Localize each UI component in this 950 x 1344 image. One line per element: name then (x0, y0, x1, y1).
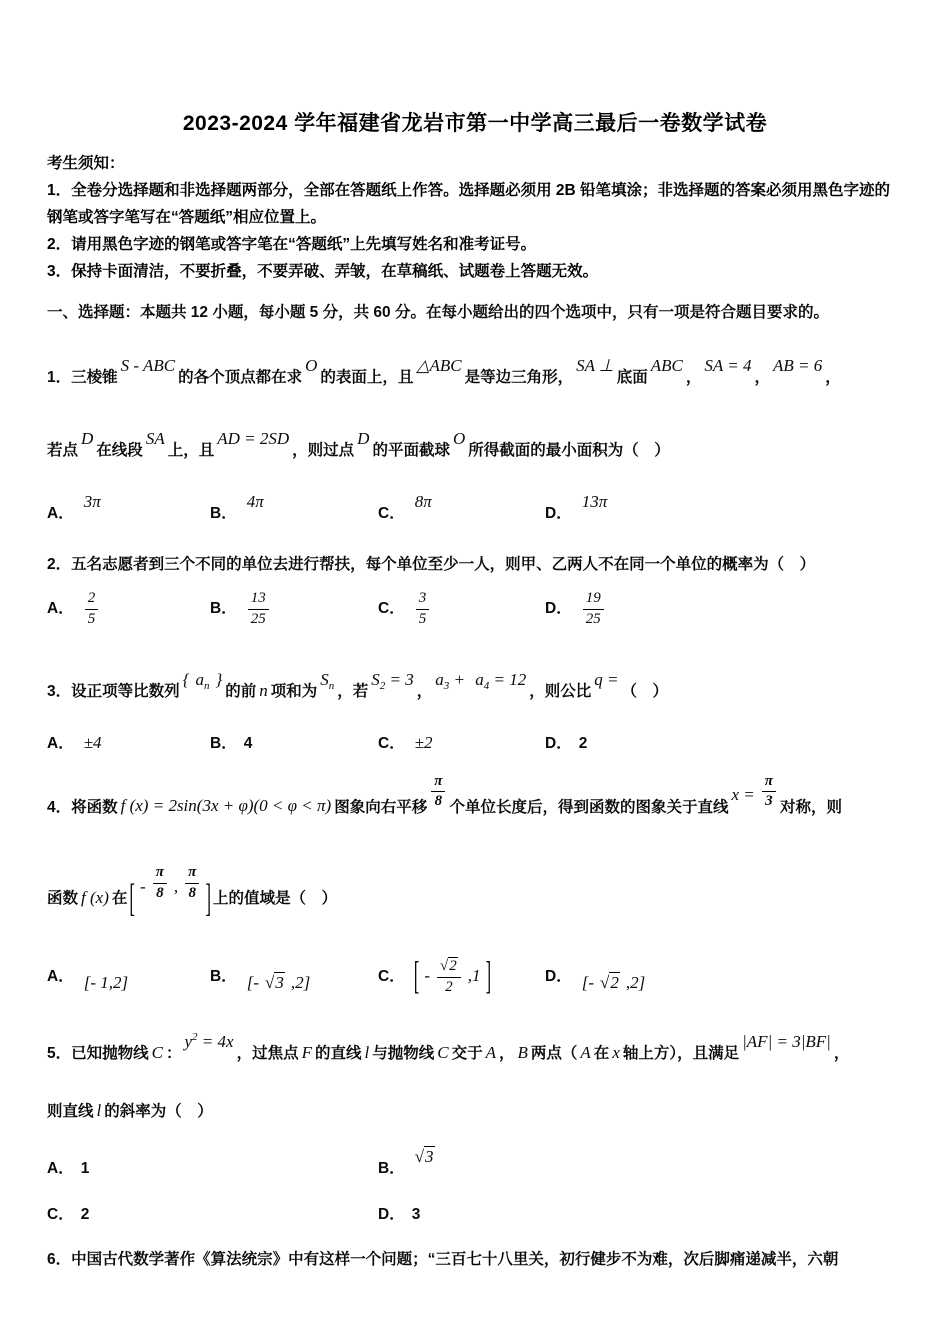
question-4: 4．将函数f (x) = 2sin(3x + φ)(0 < φ < π)图象向右… (47, 773, 903, 996)
math-run: S2 = 3 (368, 670, 416, 689)
option-d: D．2 (545, 731, 903, 753)
question-4-line-2: 函数f (x)在[-π8,π8]上的值域是（ ） (47, 864, 903, 914)
option-label: C． (378, 735, 405, 752)
option-label: B． (210, 600, 237, 617)
fraction: π8 (149, 864, 171, 902)
big-bracket: ] (486, 954, 492, 1000)
math-run: D (354, 429, 372, 448)
text-run: 2 (81, 1206, 90, 1223)
text-run: 2．五名志愿者到三个不同的单位去进行帮扶，每个单位至少一人，则甲、乙两人不在同一… (47, 556, 815, 573)
big-bracket: ] (205, 863, 211, 934)
math-run: AD = 2SD (214, 429, 292, 448)
math-run: 8π (412, 492, 435, 511)
question-1-line-1: 1．三棱锥S - ABC的各个顶点都在求O的表面上，且△ABC是等边三角形，SA… (47, 350, 903, 393)
option-label: B． (210, 505, 237, 522)
option-b: B．[-√3,2] (210, 964, 378, 993)
math-run: a4 = 12 (472, 670, 529, 689)
text-run: ，若 (337, 683, 368, 700)
text-run: 上，且 (168, 442, 215, 459)
question-6-line-1: 6．中国古代数学著作《算法统宗》中有这样一个问题；“三百七十八里关，初行健步不为… (47, 1244, 903, 1275)
math-run: ABC (648, 356, 686, 375)
option-b: B．4π (210, 492, 378, 523)
option-label: A． (47, 968, 74, 985)
text-run: 6．中国古代数学著作《算法统宗》中有这样一个问题；“三百七十八里关，初行健步不为… (47, 1251, 838, 1268)
fraction: 25 (81, 590, 103, 628)
math-run: n (256, 681, 271, 700)
notice-item-3: 3．保持卡面清洁，不要折叠，不要弄破、弄皱，在草稿纸、试题卷上答题无效。 (47, 258, 903, 285)
math-run: [- (244, 973, 262, 992)
fraction: 35 (412, 590, 434, 628)
math-run: { (180, 670, 193, 689)
question-5-options: A．1B．√3C．2D．3 (47, 1147, 903, 1224)
option-d: D．1925 (545, 590, 903, 628)
option-c: C．[-√22,1] (378, 958, 545, 996)
text-run: ， (754, 369, 770, 386)
text-run: 图象向右平移 (334, 798, 427, 815)
math-run: - (137, 877, 149, 896)
math-run: l (361, 1043, 372, 1062)
exam-title: 2023-2024 学年福建省龙岩市第一中学高三最后一卷数学试卷 (47, 0, 903, 137)
math-run: ±4 (81, 733, 105, 752)
text-run: 的各个顶点都在求 (178, 369, 302, 386)
math-run: , (171, 877, 181, 896)
math-run: l (94, 1101, 105, 1120)
text-run: 5．已知抛物线 (47, 1045, 149, 1062)
text-run: 4 (244, 735, 253, 752)
fraction: 1925 (579, 590, 608, 628)
math-run: SA ⊥ (573, 356, 617, 375)
text-run: 是等边三角形， (465, 369, 574, 386)
math-run: f (x) (78, 888, 112, 907)
sqrt-expression: √2 (597, 973, 623, 992)
option-c: C．8π (378, 492, 545, 523)
text-run: ， (686, 369, 702, 386)
text-run: 对称，则 (780, 798, 842, 815)
option-d: D．13π (545, 492, 903, 523)
text-run: 4．将函数 (47, 798, 118, 815)
notice-item-1: 1．全卷分选择题和非选择题两部分，全部在答题纸上作答。选择题必须用 2B 铅笔填… (47, 177, 903, 231)
math-run: A (577, 1043, 593, 1062)
math-run: D (78, 429, 96, 448)
text-run: 若点 (47, 442, 78, 459)
option-label: A． (47, 1160, 74, 1177)
sqrt-expression: √3 (412, 1147, 438, 1166)
option-label: D． (545, 600, 572, 617)
question-2-options: A．25B．1325C．35D．1925 (47, 590, 903, 628)
math-run: A (483, 1043, 499, 1062)
math-run: f (x) = 2sin(3x + φ)(0 < φ < π) (118, 796, 335, 815)
question-1-options: A．3πB．4πC．8πD．13π (47, 492, 903, 523)
option-label: D． (545, 968, 572, 985)
math-run: F (299, 1043, 315, 1062)
option-b: B．4 (210, 731, 378, 753)
section-1-heading: 一、选择题：本题共 12 小题，每小题 5 分，共 60 分。在每小题给出的四个… (47, 299, 903, 326)
text-run: ， (825, 369, 841, 386)
text-run: （ ） (622, 683, 669, 700)
math-run: ±2 (412, 733, 436, 752)
math-run: x = (728, 785, 757, 804)
question-6: 6．中国古代数学著作《算法统宗》中有这样一个问题；“三百七十八里关，初行健步不为… (47, 1244, 903, 1275)
text-run: 在 (112, 890, 128, 907)
text-run: ， (417, 683, 433, 700)
math-run: ,2] (288, 973, 313, 992)
math-run: y2 = 4x (181, 1032, 236, 1051)
option-label: A． (47, 600, 74, 617)
fraction: π8 (181, 864, 203, 902)
math-run: q = (591, 670, 621, 689)
text-run: 底面 (617, 369, 648, 386)
math-run: an (192, 670, 212, 689)
option-label: C． (378, 968, 405, 985)
option-d: D．3 (378, 1202, 903, 1224)
option-a: A．3π (47, 492, 210, 523)
option-label: A． (47, 505, 74, 522)
text-run: 1 (81, 1160, 90, 1177)
math-run: 4π (244, 492, 267, 511)
text-run: ， (499, 1045, 515, 1062)
math-run: SA = 4 (701, 356, 754, 375)
text-run: 1．三棱锥 (47, 369, 118, 386)
math-run: AB = 6 (770, 356, 825, 375)
option-label: D． (378, 1206, 405, 1223)
option-label: B． (210, 735, 237, 752)
option-b: B．1325 (210, 590, 378, 628)
question-3-line-1: 3．设正项等比数列{an}的前n项和为Sn，若S2 = 3，a3 + a4 = … (47, 664, 903, 707)
text-run: ，则公比 (529, 683, 591, 700)
option-b: B．√3 (378, 1147, 903, 1178)
math-run: S - ABC (118, 356, 178, 375)
option-label: D． (545, 735, 572, 752)
text-run: 交于 (452, 1045, 483, 1062)
notice-item-2: 2．请用黑色字迹的钢笔或答字笔在“答题纸”上先填写姓名和准考证号。 (47, 231, 903, 258)
math-run: C (434, 1043, 451, 1062)
option-a: A．[- 1,2] (47, 964, 210, 993)
math-run: △ABC (413, 356, 464, 375)
question-1: 1．三棱锥S - ABC的各个顶点都在求O的表面上，且△ABC是等边三角形，SA… (47, 350, 903, 523)
text-run: 3．设正项等比数列 (47, 683, 180, 700)
fraction: π8 (427, 773, 449, 811)
text-run: 在线段 (96, 442, 143, 459)
notice-block: 考生须知： 1．全卷分选择题和非选择题两部分，全部在答题纸上作答。选择题必须用 … (47, 150, 903, 285)
question-4-line-1: 4．将函数f (x) = 2sin(3x + φ)(0 < φ < π)图象向右… (47, 773, 903, 823)
notice-heading: 考生须知： (47, 150, 903, 177)
math-run: a3 + (432, 670, 472, 689)
question-3-options: A．±4B．4C．±2D．2 (47, 731, 903, 753)
math-run: ,1 (465, 966, 484, 985)
question-5: 5．已知抛物线C：y2 = 4x，过焦点F的直线l与抛物线C交于A，B两点（A在… (47, 1022, 903, 1224)
math-run: [- (579, 973, 597, 992)
question-5-line-2: 则直线l的斜率为（ ） (47, 1095, 903, 1127)
option-a: A．±4 (47, 731, 210, 753)
sqrt-expression: √3 (262, 973, 288, 992)
option-c: C．±2 (378, 731, 545, 753)
text-run: 轴上方），且满足 (623, 1045, 739, 1062)
fraction: 1325 (244, 590, 273, 628)
option-label: B． (210, 968, 237, 985)
text-run: 在 (594, 1045, 610, 1062)
text-run: 的直线 (315, 1045, 362, 1062)
text-run: 则直线 (47, 1103, 94, 1120)
text-run: 2 (579, 735, 588, 752)
question-4-options: A．[- 1,2]B．[-√3,2]C．[-√22,1]D．[-√2,2] (47, 958, 903, 996)
text-run: 的前 (225, 683, 256, 700)
text-run: 的平面截球 (372, 442, 450, 459)
option-label: D． (545, 505, 572, 522)
math-run: SA (143, 429, 168, 448)
math-run: O (450, 429, 468, 448)
option-label: C． (47, 1206, 74, 1223)
fraction: π3 (758, 773, 780, 811)
math-run: [- 1,2] (81, 973, 131, 992)
question-3: 3．设正项等比数列{an}的前n项和为Sn，若S2 = 3，a3 + a4 = … (47, 664, 903, 753)
text-run: ，过焦点 (237, 1045, 299, 1062)
text-run: ，则过点 (292, 442, 354, 459)
option-c: C．35 (378, 590, 545, 628)
text-run: 上的值域是（ ） (213, 890, 337, 907)
option-a: A．1 (47, 1156, 378, 1178)
option-d: D．[-√2,2] (545, 964, 903, 993)
question-2-line-1: 2．五名志愿者到三个不同的单位去进行帮扶，每个单位至少一人，则甲、乙两人不在同一… (47, 549, 903, 580)
text-run: 项和为 (271, 683, 318, 700)
math-run: |AF| = 3|BF| (739, 1032, 834, 1051)
fraction: √22 (433, 958, 465, 996)
question-1-line-2: 若点D在线段SA上，且AD = 2SD，则过点D的平面截球O所得截面的最小面积为… (47, 423, 903, 466)
option-label: A． (47, 735, 74, 752)
text-run: ： (166, 1045, 182, 1062)
text-run: 个单位长度后，得到函数的图象关于直线 (449, 798, 728, 815)
text-run: 所得截面的最小面积为（ ） (468, 442, 670, 459)
math-run: C (149, 1043, 166, 1062)
big-bracket: [ (414, 954, 420, 1000)
text-run: 函数 (47, 890, 78, 907)
math-run: Sn (317, 670, 337, 689)
text-run: 的斜率为（ ） (104, 1103, 213, 1120)
math-run: 3π (81, 492, 104, 511)
math-run: B (515, 1043, 531, 1062)
option-c: C．2 (47, 1202, 378, 1224)
text-run: ， (834, 1045, 850, 1062)
math-run: 13π (579, 492, 611, 511)
option-label: C． (378, 600, 405, 617)
text-run: 的表面上，且 (320, 369, 413, 386)
text-run: 与抛物线 (372, 1045, 434, 1062)
option-a: A．25 (47, 590, 210, 628)
text-run: 3 (412, 1206, 421, 1223)
option-label: C． (378, 505, 405, 522)
exam-page: 2023-2024 学年福建省龙岩市第一中学高三最后一卷数学试卷 考生须知： 1… (0, 0, 950, 1344)
option-label: B． (378, 1160, 405, 1177)
big-bracket: [ (129, 863, 135, 934)
math-run: ,2] (623, 973, 648, 992)
math-run: O (302, 356, 320, 375)
question-2: 2．五名志愿者到三个不同的单位去进行帮扶，每个单位至少一人，则甲、乙两人不在同一… (47, 549, 903, 628)
math-run: - (421, 966, 433, 985)
math-run: x (609, 1043, 623, 1062)
text-run: 两点（ (531, 1045, 578, 1062)
math-run: } (212, 670, 225, 689)
question-5-line-1: 5．已知抛物线C：y2 = 4x，过焦点F的直线l与抛物线C交于A，B两点（A在… (47, 1022, 903, 1069)
